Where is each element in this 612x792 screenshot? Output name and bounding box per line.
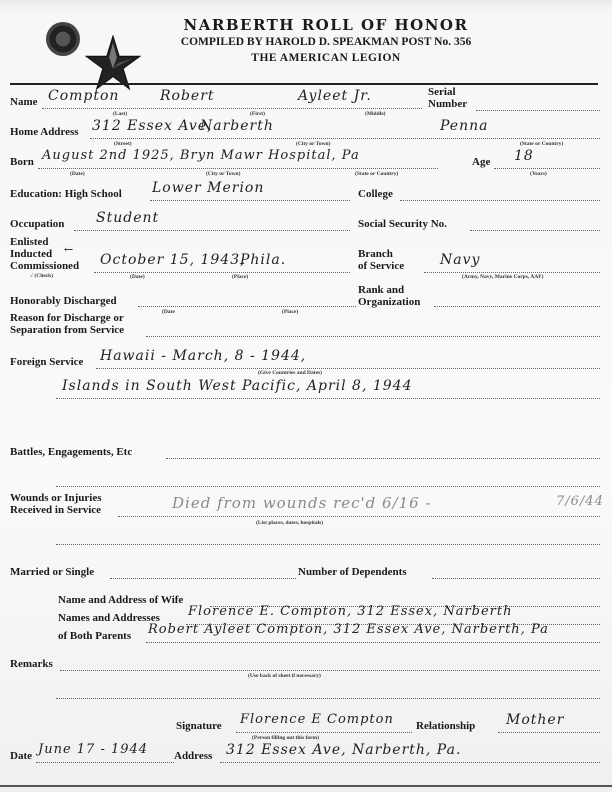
caption-state: (State or Country): [520, 141, 563, 147]
address-label: Address: [174, 750, 212, 762]
caption-remarks: (Use back of sheet if necessary): [248, 673, 321, 679]
honorably-discharged-label: Honorably Discharged: [10, 295, 117, 307]
discharge-field[interactable]: [138, 306, 356, 307]
parent2-field[interactable]: [146, 642, 600, 643]
service-date-place-field[interactable]: [94, 272, 350, 273]
remarks-field[interactable]: [60, 670, 600, 671]
home-address-field[interactable]: [90, 138, 600, 139]
caption-last: (Last): [113, 111, 127, 117]
inducted-check-mark: ←: [64, 243, 74, 256]
age-value: 18: [514, 148, 534, 164]
wounds-date-value: 7/6/44: [556, 494, 604, 509]
caption-born-city: (City or Town): [206, 171, 240, 177]
home-address-label: Home Address: [10, 126, 79, 138]
caption-discharge-date: (Date: [162, 309, 175, 315]
caption-wounds: (List places, dates, hospitals): [256, 520, 323, 526]
form-subtitle: COMPILED BY HAROLD D. SPEAKMAN POST No. …: [0, 36, 612, 48]
caption-born-state: (State or Country): [355, 171, 398, 177]
age-field[interactable]: [494, 168, 600, 169]
date-label: Date: [10, 750, 32, 762]
address-value: 312 Essex Ave, Narberth, Pa.: [226, 742, 461, 758]
age-label: Age: [472, 156, 490, 168]
name-field[interactable]: [42, 108, 422, 109]
high-school-field[interactable]: [150, 200, 350, 201]
foreign-service-line1: Hawaii - March, 8 - 1944,: [100, 348, 306, 364]
roll-of-honor-form: NARBERTH ROLL OF HONOR COMPILED BY HAROL…: [0, 0, 612, 792]
wounds-field[interactable]: [118, 516, 600, 517]
signature-value: Florence E Compton: [240, 712, 394, 727]
rank-label-2: Organization: [358, 296, 420, 308]
bottom-edge: [0, 785, 612, 787]
home-state-value: Penna: [440, 118, 488, 134]
occupation-label: Occupation: [10, 218, 64, 230]
born-value: August 2nd 1925, Bryn Mawr Hospital, Pa: [42, 148, 360, 163]
reason-label-1: Reason for Discharge or: [10, 312, 124, 324]
married-field[interactable]: [110, 578, 296, 579]
relationship-field[interactable]: [498, 732, 600, 733]
wounds-value: Died from wounds rec'd 6/16 -: [172, 494, 432, 512]
caption-branch: (Army, Navy, Marine Corps, AAF): [462, 274, 543, 280]
wounds-field-2[interactable]: [56, 544, 600, 545]
serial-number-field[interactable]: [476, 110, 600, 111]
foreign-service-line2: Islands in South West Pacific, April 8, …: [62, 378, 412, 394]
dependents-field[interactable]: [432, 578, 600, 579]
college-label: College: [358, 188, 393, 200]
address-field[interactable]: [220, 762, 600, 763]
branch-field[interactable]: [424, 272, 600, 273]
born-field[interactable]: [38, 168, 438, 169]
home-street-value: 312 Essex Ave,: [92, 118, 213, 134]
parent1-value: Florence E. Compton, 312 Essex, Narberth: [188, 604, 513, 619]
name-first-value: Robert: [160, 88, 215, 104]
married-label: Married or Single: [10, 566, 94, 578]
relationship-label: Relationship: [416, 720, 475, 732]
reason-label-2: Separation from Service: [10, 324, 124, 336]
caption-years: (Years): [530, 171, 547, 177]
high-school-value: Lower Merion: [152, 180, 264, 196]
rank-field[interactable]: [434, 306, 600, 307]
name-last-value: Compton: [48, 88, 119, 104]
form-title: NARBERTH ROLL OF HONOR: [0, 16, 612, 34]
serial-label-1: Serial: [428, 86, 456, 98]
caption-service-date: (Date): [130, 274, 145, 280]
dependents-label: Number of Dependents: [298, 566, 407, 578]
parent2-value: Robert Ayleet Compton, 312 Essex Ave, Na…: [148, 622, 549, 637]
inducted-label: Inducted: [10, 248, 52, 260]
caption-foreign-service: (Give Countries and Dates): [258, 370, 322, 376]
foreign-service-label: Foreign Service: [10, 356, 83, 368]
wife-label: Name and Address of Wife: [58, 594, 183, 606]
wounds-label-1: Wounds or Injuries: [10, 492, 102, 504]
serial-label-2: Number: [428, 98, 467, 110]
ssn-label: Social Security No.: [358, 218, 447, 230]
service-place-value: Phila.: [240, 252, 286, 268]
occupation-value: Student: [96, 210, 159, 226]
college-field[interactable]: [400, 200, 600, 201]
battles-field[interactable]: [166, 458, 600, 459]
branch-label-1: Branch: [358, 248, 393, 260]
caption-city: (City or Town): [296, 141, 330, 147]
remarks-label: Remarks: [10, 658, 53, 670]
name-middle-value: Ayleet Jr.: [298, 88, 372, 104]
enlisted-label: Enlisted: [10, 236, 49, 248]
service-date-value: October 15, 1943,: [100, 252, 246, 268]
caption-born-date: (Date): [70, 171, 85, 177]
date-value: June 17 - 1944: [38, 742, 148, 757]
home-city-value: Narberth: [200, 118, 274, 134]
organization-name: THE AMERICAN LEGION: [0, 52, 612, 64]
reason-field[interactable]: [146, 336, 600, 337]
parents-label-1: Names and Addresses: [58, 612, 160, 624]
battles-field-2[interactable]: [56, 486, 600, 487]
education-label: Education: High School: [10, 188, 122, 200]
ssn-field[interactable]: [470, 230, 600, 231]
occupation-field[interactable]: [74, 230, 350, 231]
signature-label: Signature: [176, 720, 222, 732]
name-label: Name: [10, 96, 38, 108]
branch-label-2: of Service: [358, 260, 404, 272]
battles-label: Battles, Engagements, Etc: [10, 446, 132, 458]
caption-street: (Street): [114, 141, 132, 147]
caption-service-place: (Place): [232, 274, 248, 280]
born-label: Born: [10, 156, 34, 168]
caption-discharge-place: (Place): [282, 309, 298, 315]
parents-label-2: of Both Parents: [58, 630, 131, 642]
caption-middle: (Middle): [365, 111, 385, 117]
commissioned-label: Commissioned: [10, 260, 79, 272]
signature-field[interactable]: [236, 732, 412, 733]
wounds-label-2: Received in Service: [10, 504, 101, 516]
foreign-service-field-2[interactable]: [56, 398, 600, 399]
branch-value: Navy: [440, 252, 480, 268]
foreign-service-field[interactable]: [96, 368, 600, 369]
date-field[interactable]: [36, 762, 174, 763]
remarks-field-2[interactable]: [56, 698, 600, 699]
caption-first: (First): [250, 111, 265, 117]
header-rule: [10, 83, 598, 85]
rank-label-1: Rank and: [358, 284, 404, 296]
relationship-value: Mother: [506, 712, 564, 728]
caption-check: √ (Check): [30, 273, 53, 279]
caption-signature: (Person filling out this form): [252, 735, 319, 741]
